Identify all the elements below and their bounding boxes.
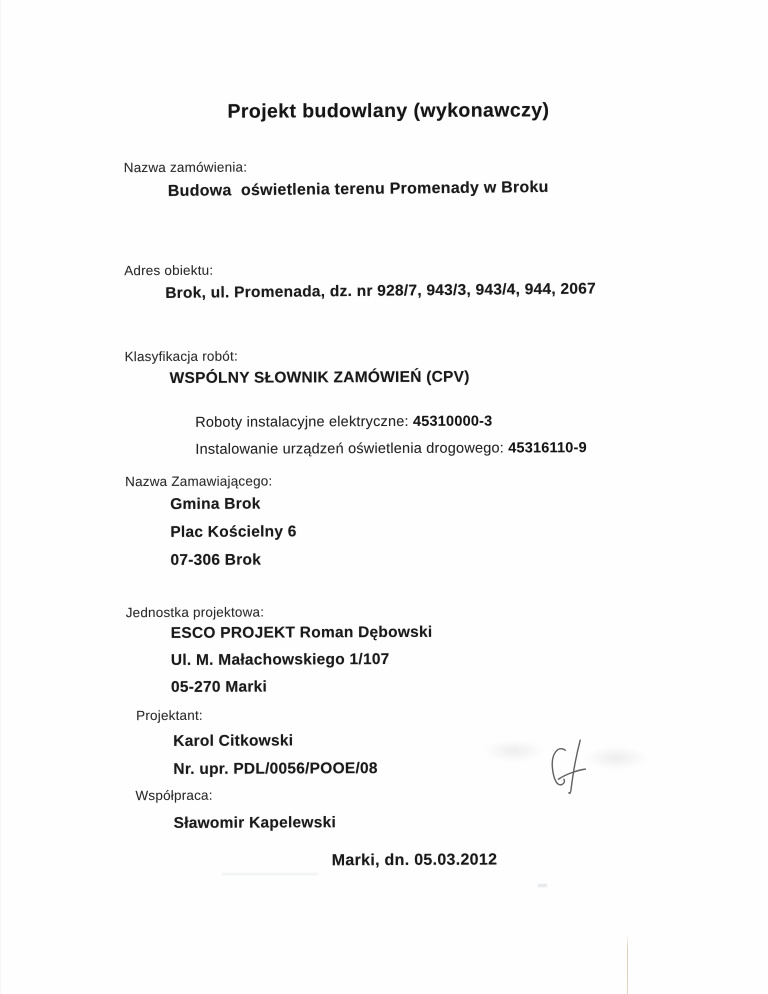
scan-left-edge-shade xyxy=(0,0,2,994)
client-street: Plac Kościelny 6 xyxy=(170,523,296,542)
design-unit-label: Jednostka projektowa: xyxy=(126,605,265,621)
scan-smudge-right xyxy=(584,746,648,770)
design-unit-street: Ul. M. Małachowskiego 1/107 xyxy=(171,651,390,670)
client-label: Nazwa Zamawiającego: xyxy=(125,473,272,489)
document-title: Projekt budowlany (wykonawczy) xyxy=(227,99,549,123)
cpv-item-lighting: Instalowanie urządzeń oświetlenia drogow… xyxy=(170,424,587,474)
collaboration-label: Współpraca: xyxy=(135,788,212,803)
designer-license: Nr. upr. PDL/0056/POOE/08 xyxy=(173,760,377,779)
site-address-value: Brok, ul. Promenada, dz. nr 928/7, 943/3… xyxy=(165,280,596,303)
document-content: Projekt budowlany (wykonawczy) Nazwa zam… xyxy=(0,0,768,994)
order-name-label: Nazwa zamówienia: xyxy=(124,160,248,176)
client-city: 07-306 Brok xyxy=(170,552,261,570)
collaboration-name: Sławomir Kapelewski xyxy=(174,814,336,833)
scan-smudge-left xyxy=(483,740,545,762)
cpv-item-lighting-text: Instalowanie urządzeń oświetlenia drogow… xyxy=(195,440,508,457)
scan-vertical-line-artifact xyxy=(627,934,628,994)
design-unit-name: ESCO PROJEKT Roman Dębowski xyxy=(171,624,433,643)
design-unit-city: 05-270 Marki xyxy=(171,679,267,697)
order-name-value: Budowa oświetlenia terenu Promenady w Br… xyxy=(168,179,549,201)
designer-name: Karol Citkowski xyxy=(173,732,293,751)
scanned-document-page: Projekt budowlany (wykonawczy) Nazwa zam… xyxy=(0,0,768,994)
cpv-heading: WSPÓLNY SŁOWNIK ZAMÓWIEŃ (CPV) xyxy=(170,369,470,388)
cpv-item-lighting-code: 45316110-9 xyxy=(508,440,587,456)
designer-label: Projektant: xyxy=(136,708,203,723)
client-name: Gmina Brok xyxy=(170,496,260,514)
site-address-label: Adres obiektu: xyxy=(124,263,213,278)
scan-speck-near-date xyxy=(538,884,547,887)
scan-speck-bottom xyxy=(222,873,318,875)
place-date-line: Marki, dn. 05.03.2012 xyxy=(332,852,498,871)
works-classification-label: Klasyfikacja robót: xyxy=(125,349,238,364)
